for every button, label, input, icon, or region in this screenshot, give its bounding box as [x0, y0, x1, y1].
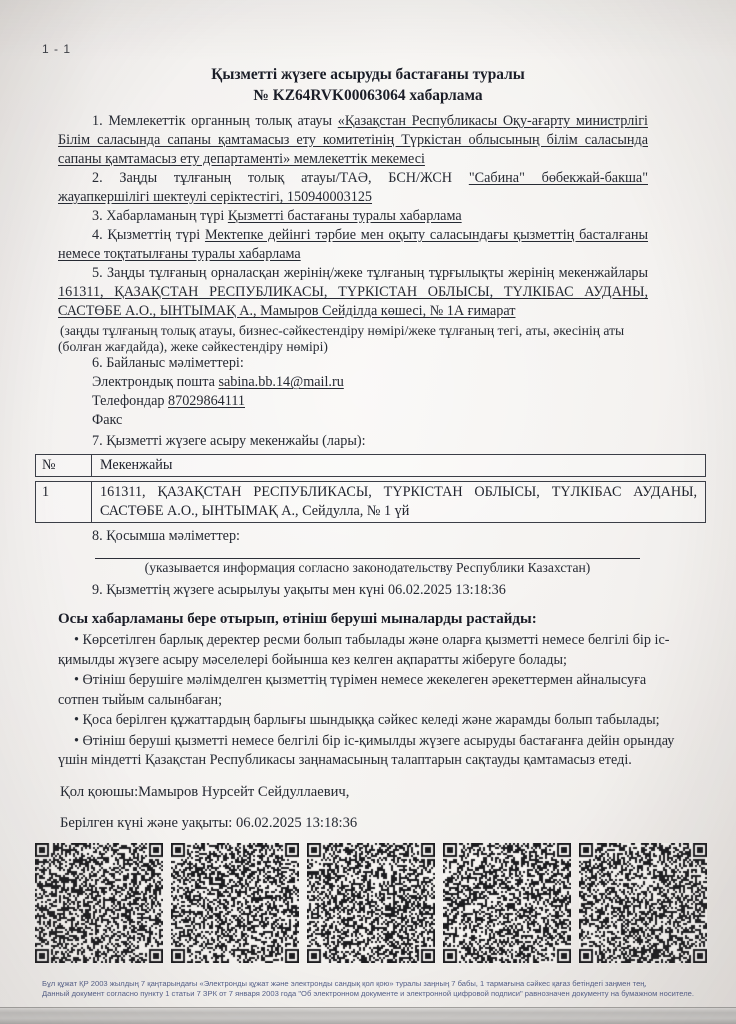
qr-code — [35, 843, 163, 963]
qr-code-strip — [35, 843, 711, 963]
legal-footnote-ru: Данный документ согласно пункту 1 статьи… — [42, 989, 712, 999]
item-5-address: 5. Заңды тұлғаның орналасқан жерінің/жек… — [58, 264, 648, 321]
item-3-value: Қызметті бастағаны туралы хабарлама — [228, 208, 462, 224]
item-9-datetime: 9. Қызметтің жүзеге асырылуы уақыты мен … — [58, 581, 648, 600]
confirmation-bullet-4: Өтініш беруші қызметті немесе белгілі бі… — [58, 732, 686, 771]
confirmation-bullet-3: Қоса берілген құжаттардың барлығы шындық… — [58, 711, 686, 731]
legal-footnote-kk: Бұл құжат ҚР 2003 жылдың 7 қаңтарындағы … — [42, 979, 712, 989]
item-4-label: 4. Қызметтің түрі — [92, 227, 205, 243]
qr-code — [307, 843, 435, 963]
phone-line: Телефондар 87029864111 — [58, 392, 648, 411]
document-page: 1 - 1 Қызметті жүзеге асыруды бастағаны … — [0, 0, 736, 1024]
confirmation-bullet-1: Көрсетілген барлық деректер ресми болып … — [58, 631, 686, 670]
signer-label: Қол қоюшы: — [60, 784, 138, 800]
phone-value: 87029864111 — [168, 393, 245, 409]
item-5-value: 161311, ҚАЗАҚСТАН РЕСПУБЛИКАСЫ, ТҮРКІСТА… — [58, 284, 648, 319]
legal-footnote: Бұл құжат ҚР 2003 жылдың 7 қаңтарындағы … — [42, 979, 712, 999]
issued-label: Берілген күні және уақыты: — [60, 815, 236, 831]
additional-info-blank: (указывается информация согласно законод… — [95, 558, 640, 575]
address-table: № Мекенжайы 1 161311, ҚАЗАҚСТАН РЕСПУБЛИ… — [35, 454, 706, 523]
item-2-legal-entity: 2. Заңды тұлғаның толық атауы/ТАӘ, БСН/Ж… — [58, 169, 648, 207]
item-8-label: 8. Қосымша мәліметтер: — [58, 527, 648, 546]
table-cell-num: 1 — [36, 482, 92, 522]
document-title: Қызметті жүзеге асыруды бастағаны туралы… — [0, 64, 736, 106]
qr-code — [171, 843, 299, 963]
confirmation-list: Көрсетілген барлық деректер ресми болып … — [58, 631, 686, 771]
confirmation-heading: Осы хабарламаны бере отырып, өтініш беру… — [58, 609, 648, 630]
item-4-activity-type: 4. Қызметтің түрі Мектепке дейінгі тәрби… — [58, 226, 648, 264]
table-header-num: № — [36, 455, 92, 476]
item-1-gov-body: 1. Мемлекеттік органның толық атауы «Қаз… — [58, 112, 648, 169]
document-body: 1. Мемлекеттік органның толық атауы «Қаз… — [58, 112, 648, 833]
item-6-contacts-label: 6. Байланыс мәліметтері: — [58, 354, 648, 373]
page-number-marker: 1 - 1 — [42, 42, 71, 56]
item-9-value: 06.02.2025 13:18:36 — [388, 582, 506, 598]
item-7-label: 7. Қызметті жүзеге асыру мекенжайы (лары… — [58, 432, 648, 451]
email-label: Электрондық пошта — [92, 374, 218, 390]
item-5-label: 5. Заңды тұлғаның орналасқан жерінің/жек… — [92, 265, 648, 281]
issued-value: 06.02.2025 13:18:36 — [236, 815, 357, 831]
table-cell-address: 161311, ҚАЗАҚСТАН РЕСПУБЛИКАСЫ, ТҮРКІСТА… — [92, 482, 705, 522]
item-1-label: 1. Мемлекеттік органның толық атауы — [92, 113, 338, 129]
confirmation-bullet-2: Өтініш берушіге мәлімделген қызметтің тү… — [58, 671, 686, 710]
document-title-line1: Қызметті жүзеге асыруды бастағаны туралы — [0, 64, 736, 85]
signer-name: Мамыров Нурсейт Сейдуллаевич, — [138, 784, 349, 800]
table-header-address: Мекенжайы — [92, 455, 705, 476]
phone-label: Телефондар — [92, 393, 168, 409]
fill-in-line — [95, 558, 640, 559]
item-9-label: 9. Қызметтің жүзеге асырылуы уақыты мен … — [92, 582, 388, 598]
item-2-label: 2. Заңды тұлғаның толық атауы/ТАӘ, БСН/Ж… — [92, 170, 469, 186]
item-5-note: (заңды тұлғаның толық атауы, бизнес-сәйк… — [58, 323, 648, 354]
issued-line: Берілген күні және уақыты: 06.02.2025 13… — [58, 814, 648, 833]
item-3-label: 3. Хабарламаның түрі — [92, 208, 228, 224]
email-value: sabina.bb.14@mail.ru — [218, 374, 343, 390]
email-line: Электрондық пошта sabina.bb.14@mail.ru — [58, 373, 648, 392]
qr-code — [579, 843, 707, 963]
document-number-line: № KZ64RVK00063064 хабарлама — [0, 85, 736, 106]
table-row: 1 161311, ҚАЗАҚСТАН РЕСПУБЛИКАСЫ, ТҮРКІС… — [35, 481, 706, 523]
fill-in-caption: (указывается информация согласно законод… — [95, 560, 640, 575]
scan-background-edge — [0, 1007, 736, 1024]
address-table-header: № Мекенжайы — [35, 454, 706, 477]
signer-line: Қол қоюшы:Мамыров Нурсейт Сейдуллаевич, — [58, 783, 648, 802]
fax-line: Факс — [58, 411, 648, 430]
item-3-notification-type: 3. Хабарламаның түрі Қызметті бастағаны … — [58, 207, 648, 226]
qr-code — [443, 843, 571, 963]
